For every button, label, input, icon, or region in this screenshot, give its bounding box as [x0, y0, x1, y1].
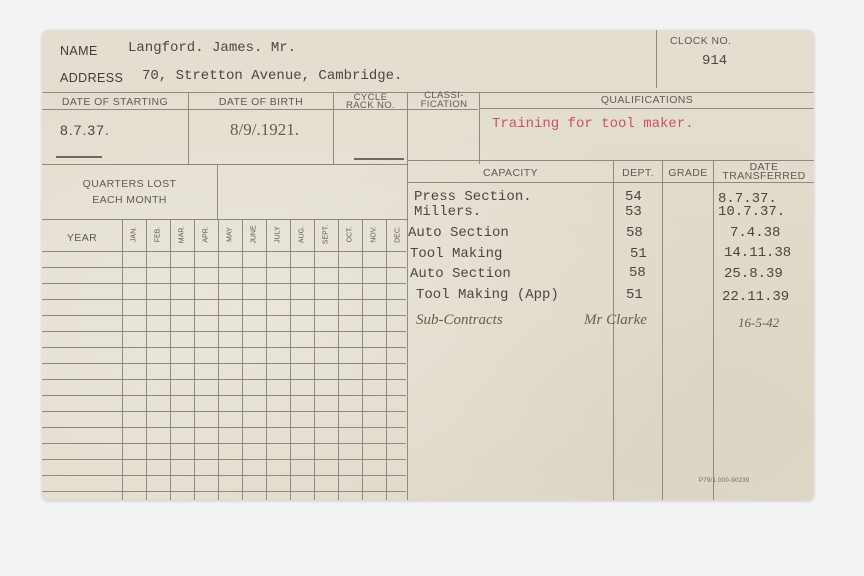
- supervisor-value: Mr Clarke: [584, 312, 647, 329]
- dept-value: 54: [625, 189, 642, 205]
- name-value: Langford. James. Mr.: [128, 40, 296, 56]
- date-transferred-value: 10.7.37.: [718, 204, 785, 220]
- date-of-starting-value: 8.7.37.: [60, 122, 110, 138]
- grid-line: [314, 219, 315, 500]
- quarters-lost-label-1: QUARTERS LOST: [42, 179, 217, 189]
- grid-line: [170, 219, 171, 500]
- divider: [662, 161, 663, 500]
- grid-line: [42, 379, 406, 380]
- main-divider: [407, 92, 408, 500]
- employee-record-card: NAME Langford. James. Mr. ADDRESS 70, St…: [42, 30, 814, 500]
- date-of-birth-label: DATE OF BIRTH: [189, 97, 333, 107]
- divider: [42, 164, 407, 165]
- capacity-column-header: CAPACITY: [408, 168, 613, 178]
- grid-line: [266, 219, 267, 500]
- clock-number-label: CLOCK No.: [670, 35, 731, 47]
- capacity-value: Millers.: [414, 204, 481, 220]
- quarters-lost-label-2: EACH MONTH: [42, 195, 217, 205]
- dept-value: 58: [626, 225, 643, 241]
- ink-mark: [354, 158, 404, 160]
- address-label: ADDRESS: [60, 71, 123, 85]
- grid-line: [42, 443, 406, 444]
- grade-column-header: GRADE: [663, 168, 713, 178]
- month-header-apr: APR.: [203, 220, 210, 250]
- classification-label-2: FICATION: [408, 100, 480, 110]
- month-header-june: JUNE: [251, 220, 258, 250]
- grid-line: [42, 363, 406, 364]
- date-transferred-value: 22.11.39: [722, 289, 789, 305]
- capacity-value: Tool Making (App): [416, 287, 559, 303]
- grid-line: [242, 219, 243, 500]
- month-header-sept: SEPT.: [323, 220, 330, 250]
- address-value: 70, Stretton Avenue, Cambridge.: [142, 68, 402, 84]
- date-transferred-value: 14.11.38: [724, 245, 791, 261]
- grid-line: [42, 427, 406, 428]
- capacity-value: Press Section.: [414, 189, 532, 205]
- month-header-jan: JAN.: [131, 220, 138, 250]
- date-transferred-label-2: TRANSFERRED: [714, 171, 814, 181]
- print-code: P79/1.000-90239: [699, 478, 750, 484]
- grid-line: [42, 347, 406, 348]
- date-transferred-value: 16-5-42: [738, 315, 779, 331]
- capacity-value: Auto Section: [408, 225, 509, 241]
- grid-line: [386, 219, 387, 500]
- month-header-may: MAY: [227, 220, 234, 250]
- date-transferred-value: 7.4.38: [730, 225, 780, 241]
- dept-value: 51: [626, 287, 643, 303]
- month-header-oct: OCT.: [347, 220, 354, 250]
- dept-value: 58: [629, 265, 646, 281]
- grid-line: [42, 331, 406, 332]
- grid-line: [42, 411, 406, 412]
- divider: [713, 161, 714, 500]
- grid-line: [42, 267, 406, 268]
- month-header-july: JULY: [275, 220, 282, 250]
- clock-divider: [656, 30, 657, 88]
- grid-line: [42, 395, 406, 396]
- name-label: NAME: [60, 44, 98, 58]
- grid-line: [42, 491, 406, 492]
- grid-line: [290, 219, 291, 500]
- grid-line: [362, 219, 363, 500]
- qualifications-label: QUALIFICATIONS: [480, 95, 814, 105]
- dept-value: 51: [630, 246, 647, 262]
- qualifications-value: Training for tool maker.: [492, 116, 694, 132]
- capacity-value: Auto Section: [410, 266, 511, 282]
- ink-mark: [56, 156, 102, 158]
- capacity-value: Tool Making: [410, 246, 502, 262]
- date-of-starting-label: DATE OF STARTING: [42, 97, 188, 107]
- grid-line: [42, 459, 406, 460]
- month-header-mar: MAR.: [179, 220, 186, 250]
- cycle-rack-label-2: RACK No.: [334, 101, 407, 111]
- month-header-aug: AUG.: [299, 220, 306, 250]
- grid-line: [42, 251, 406, 252]
- grid-line: [218, 219, 219, 500]
- divider: [613, 161, 614, 500]
- grid-line: [42, 283, 406, 284]
- capacity-value: Sub-Contracts: [416, 312, 503, 329]
- month-header-nov: NOV.: [371, 220, 378, 250]
- quarters-lost-grid: YEAR JAN. FEB. MAR. APR. MAY JUNE JULY A…: [42, 219, 407, 500]
- dept-value: 53: [625, 204, 642, 220]
- clock-number-value: 914: [702, 53, 727, 69]
- grid-line: [122, 219, 123, 500]
- date-transferred-value: 25.8.39: [724, 266, 783, 282]
- dept-column-header: DEPT.: [614, 168, 662, 178]
- grid-line: [42, 315, 406, 316]
- divider: [217, 164, 218, 219]
- month-header-dec: DEC.: [395, 220, 402, 250]
- grid-line: [194, 219, 195, 500]
- grid-line: [146, 219, 147, 500]
- month-header-feb: FEB.: [155, 220, 162, 250]
- grid-line: [42, 299, 406, 300]
- divider: [408, 182, 814, 183]
- divider: [479, 108, 814, 109]
- grid-line: [338, 219, 339, 500]
- date-of-birth-value: 8/9/.1921.: [230, 120, 299, 140]
- year-column-header: YEAR: [42, 233, 122, 243]
- grid-line: [42, 475, 406, 476]
